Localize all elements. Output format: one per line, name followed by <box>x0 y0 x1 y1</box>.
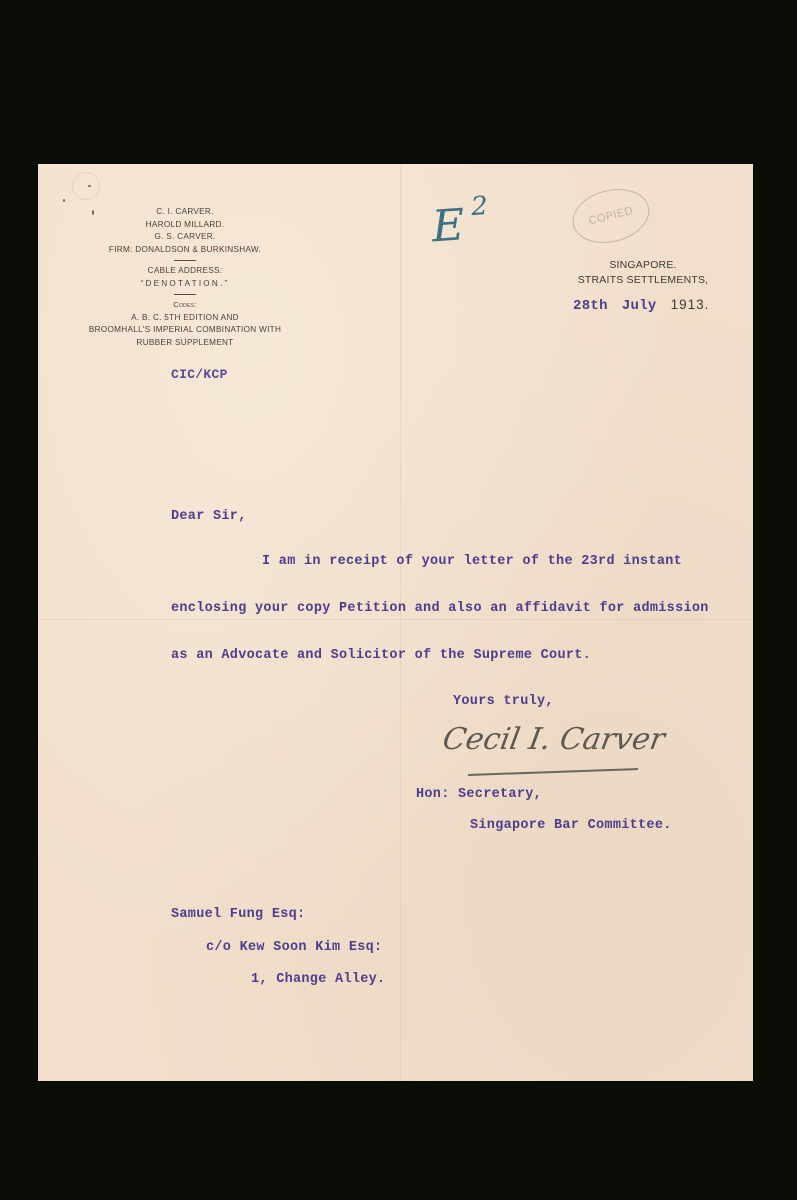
codes-line: RUBBER SUPPLEMENT <box>60 337 310 350</box>
addressee-street: 1, Change Alley. <box>251 972 385 987</box>
body-line: as an Advocate and Solicitor of the Supr… <box>171 648 591 663</box>
pencil-annotation: E2 <box>428 198 485 252</box>
letter-page: C. I. CARVER. HAROLD MILLARD. G. S. CARV… <box>38 164 753 1081</box>
date-month: July <box>622 298 657 314</box>
partner-name: HAROLD MILLARD. <box>60 219 310 232</box>
addressee-name: Samuel Fung Esq: <box>171 907 305 922</box>
location-region: STRAITS SETTLEMENTS, <box>538 273 748 288</box>
date-day: 28th <box>573 298 608 314</box>
cable-address-name: “DENOTATION.” <box>60 278 310 291</box>
fold-line-horizontal <box>38 619 753 620</box>
divider <box>174 294 196 295</box>
location-city: SINGAPORE. <box>538 258 748 273</box>
codes-line: BROOMHALL'S IMPERIAL COMBINATION WITH <box>60 324 310 337</box>
closing: Yours truly, <box>453 694 554 709</box>
firm-name: FIRM: DONALDSON & BURKINSHAW. <box>60 244 310 257</box>
signer-title: Hon: Secretary, <box>416 787 542 802</box>
body-line: enclosing your copy Petition and also an… <box>171 601 709 616</box>
signer-organization: Singapore Bar Committee. <box>470 818 672 833</box>
addressee-care-of: c/o Kew Soon Kim Esq: <box>206 940 382 955</box>
cable-address-label: CABLE ADDRESS: <box>60 265 310 278</box>
stain-mark <box>72 172 100 200</box>
ink-spot <box>88 185 91 187</box>
ink-spot <box>63 199 65 202</box>
sender-location: SINGAPORE. STRAITS SETTLEMENTS, <box>538 258 748 288</box>
codes-line: A. B. C. 5TH EDITION AND <box>60 312 310 325</box>
reference-code: CIC/KCP <box>171 367 228 382</box>
body-line: I am in receipt of your letter of the 23… <box>262 554 682 569</box>
partner-name: G. S. CARVER. <box>60 231 310 244</box>
copied-stamp: COPIED <box>567 181 655 250</box>
fold-line-vertical <box>400 164 401 1081</box>
codes-label: Codes: <box>60 299 310 312</box>
divider <box>174 260 196 261</box>
signature-underline <box>468 768 638 775</box>
annotation-letter: E <box>428 200 468 253</box>
letterhead: C. I. CARVER. HAROLD MILLARD. G. S. CARV… <box>60 206 310 349</box>
salutation: Dear Sir, <box>171 509 247 524</box>
date-year: 1913. <box>671 297 710 312</box>
letter-date: 28thJuly1913. <box>573 297 709 314</box>
handwritten-signature: Cecil I. Carver <box>440 722 668 757</box>
partner-name: C. I. CARVER. <box>60 206 310 219</box>
stamp-text: COPIED <box>588 205 635 228</box>
annotation-superscript: 2 <box>469 191 490 222</box>
